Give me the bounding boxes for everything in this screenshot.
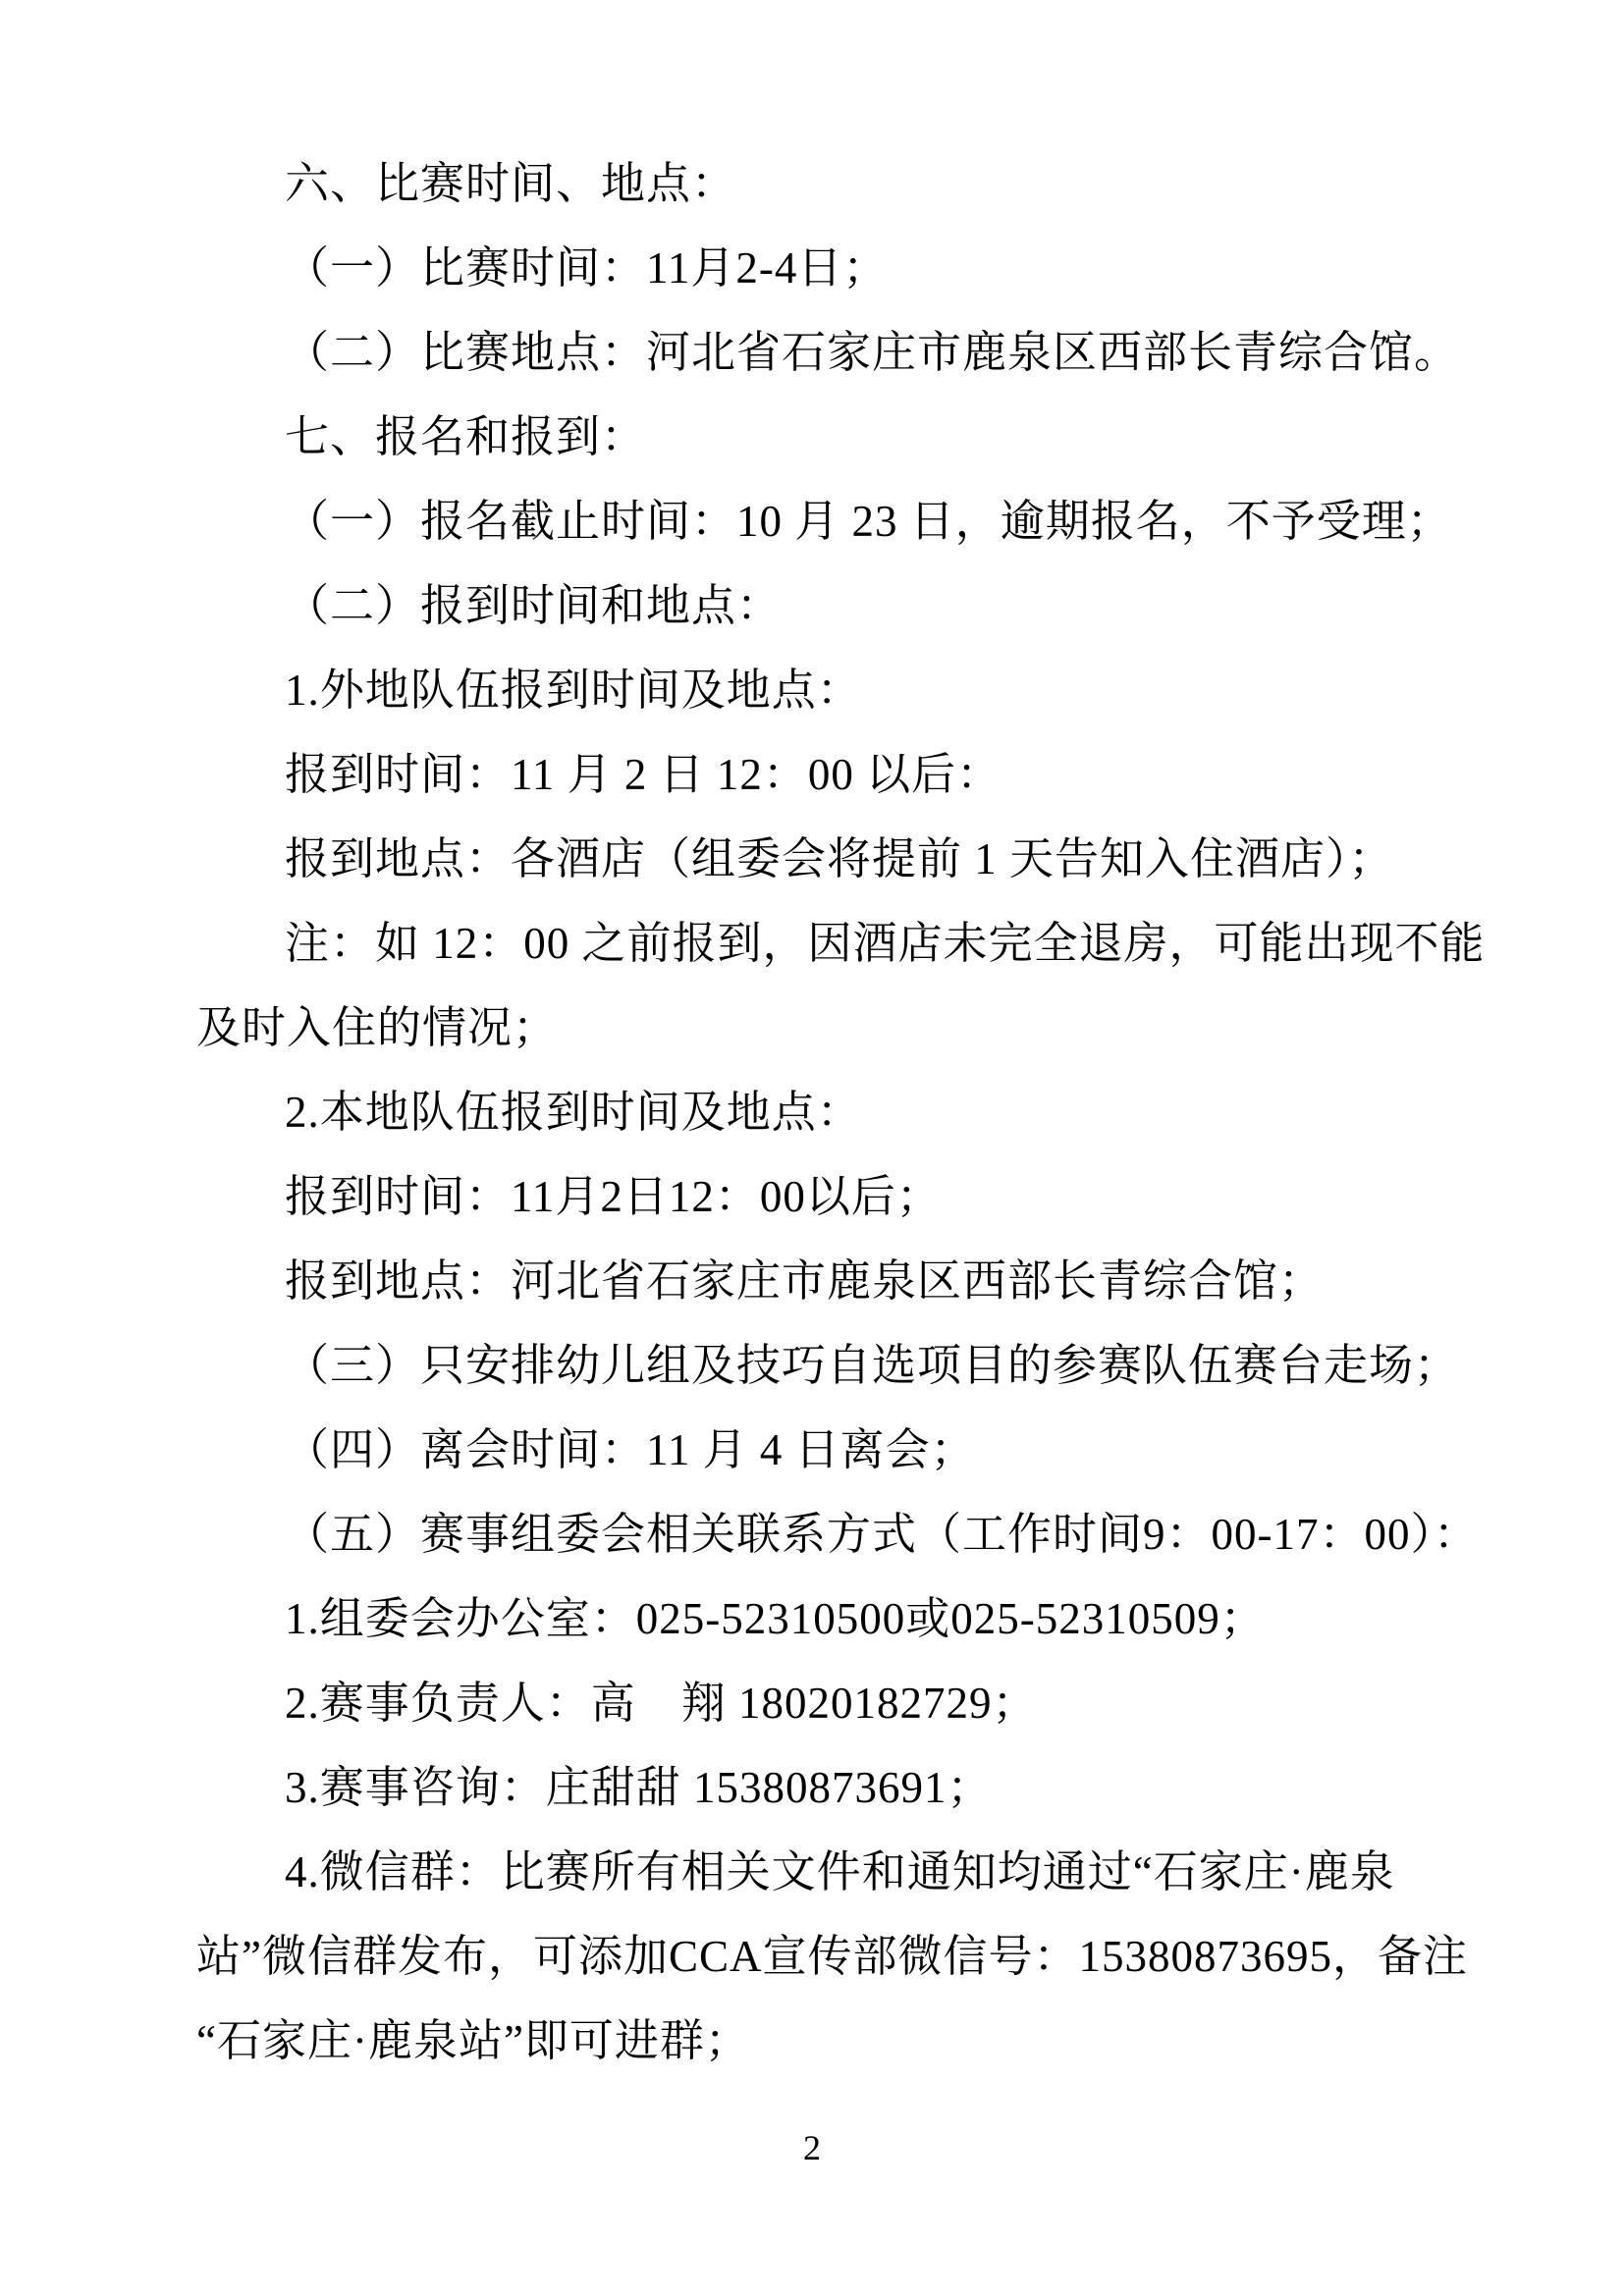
text-line: 报到时间：11 月 2 日 12：00 以后： <box>196 732 1473 817</box>
text-line: （二）比赛地点：河北省石家庄市鹿泉区西部长青综合馆。 <box>196 310 1473 395</box>
document-page: 六、比赛时间、地点： （一）比赛时间：11月2-4日； （二）比赛地点：河北省石… <box>0 0 1624 2296</box>
text-line: 3.赛事咨询：庄甜甜 15380873691； <box>196 1745 1473 1830</box>
text-line: 1.外地队伍报到时间及地点： <box>196 648 1473 732</box>
text-line: 报到地点：河北省石家庄市鹿泉区西部长青综合馆； <box>196 1239 1473 1323</box>
text-line: 站”微信群发布，可添加CCA宣传部微信号：15380873695，备注 <box>196 1914 1473 1999</box>
text-line: 2.本地队伍报到时间及地点： <box>196 1070 1473 1154</box>
text-line: 七、报名和报到： <box>196 395 1473 479</box>
text-line: 1.组委会办公室：025-52310500或025-52310509； <box>196 1576 1473 1661</box>
text-line: （一）报名截止时间：10 月 23 日，逾期报名，不予受理； <box>196 479 1473 563</box>
text-line: 注：如 12：00 之前报到，因酒店未完全退房，可能出现不能 <box>196 901 1473 986</box>
page-number: 2 <box>0 2118 1624 2177</box>
text-line: （三）只安排幼儿组及技巧自选项目的参赛队伍赛台走场； <box>196 1323 1473 1408</box>
text-line: （一）比赛时间：11月2-4日； <box>196 226 1473 310</box>
text-line: “石家庄·鹿泉站”即可进群； <box>196 1999 1473 2083</box>
text-line: （二）报到时间和地点： <box>196 563 1473 648</box>
text-line: 六、比赛时间、地点： <box>196 141 1473 226</box>
text-line: 及时入住的情况； <box>196 986 1473 1070</box>
text-line: 报到地点：各酒店（组委会将提前 1 天告知入住酒店）； <box>196 817 1473 901</box>
text-line: 4.微信群：比赛所有相关文件和通知均通过“石家庄·鹿泉 <box>196 1830 1473 1914</box>
text-line: 2.赛事负责人：高 翔 18020182729； <box>196 1661 1473 1745</box>
page-content: 六、比赛时间、地点： （一）比赛时间：11月2-4日； （二）比赛地点：河北省石… <box>196 141 1473 2083</box>
text-line: 报到时间：11月2日12：00以后； <box>196 1154 1473 1239</box>
text-line: （四）离会时间：11 月 4 日离会； <box>196 1408 1473 1492</box>
text-line: （五）赛事组委会相关联系方式（工作时间9：00-17：00）： <box>196 1492 1473 1576</box>
